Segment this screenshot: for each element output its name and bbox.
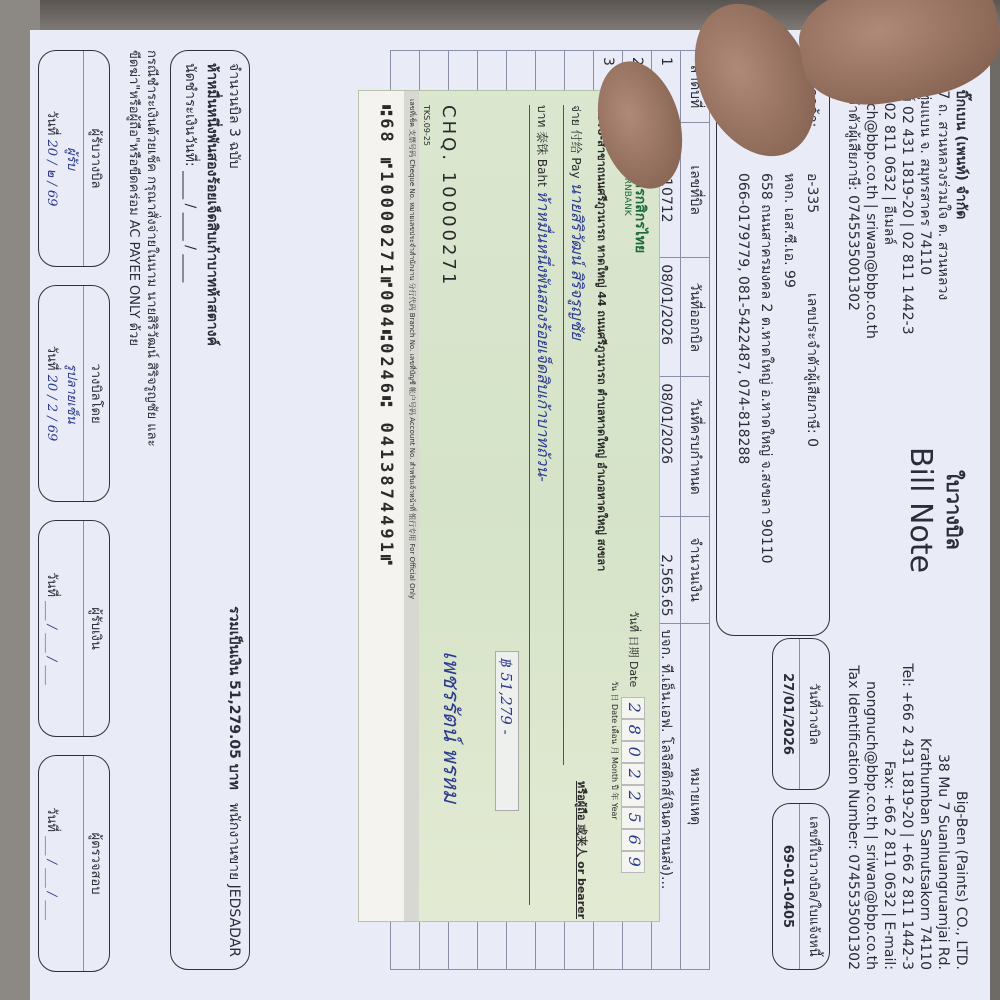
company-address1-th: 38 ม. 7 ถ. สวนหลวงร่วมใจ ต. สวนหลวง <box>934 50 952 470</box>
cheque-date-label: วันที่ 日期 Date <box>627 611 640 687</box>
cheque-signature: เพชรรัตน์ พรหม <box>434 651 469 803</box>
signature-date-prefix: วันที่ <box>44 572 59 597</box>
signature-label: วางบิลโดย <box>83 286 109 501</box>
company-address2-en: Krathumban Samutsakorn 74110 <box>916 500 934 970</box>
payment-note-line1: กรณีชำระเงินด้วยเช็ค กรุณาสั่งจ่ายในนาม … <box>142 50 160 447</box>
signature-mark: รูปลายเซ็น <box>63 286 83 501</box>
signature-box: วางบิลโดย รูปลายเซ็น วันที่ 20 / 2 / 69 <box>38 285 110 502</box>
customer-name: หจก. เอส.ซี.เอ. 99 <box>781 173 797 288</box>
cheque-micr-strip: เลขที่เช็ค 支票号码 Cheque No. หมายเลขประจำส… <box>359 91 419 921</box>
cheque-date-digit: 0 <box>621 741 645 763</box>
cheque-form-code: TKS.09-25 <box>422 105 431 146</box>
customer-tax: 0 <box>804 438 820 447</box>
table-header-row: ลำดับที่ เลขที่บิล วันที่ออกบิล วันที่คร… <box>681 51 710 970</box>
amount-words-handwritten: ห้าหมื่นหนึ่งพันสองร้อยเจ็ดสิบเก้าบาทถ้ว… <box>534 191 553 482</box>
payment-note: กรณีชำระเงินด้วยเช็ค กรุณาสั่งจ่ายในนาม … <box>124 50 160 447</box>
signature-label: ผู้ตรวจสอบ <box>83 756 109 971</box>
company-taxid-en: Tax Identification Number: 0745535001302 <box>844 500 862 970</box>
customer-tax-label: เลขประจำตัวผู้เสียภาษี: <box>804 293 820 434</box>
bill-number: 69-01-0405 <box>776 804 799 969</box>
cheque-date-sublabels: วัน 日 Date เดือน 月 Month ปี 年 Year <box>608 681 621 873</box>
amount-box: ฿ 51,279 - <box>495 651 519 811</box>
bill-date: 27/01/2026 <box>776 639 799 789</box>
cheque-date-digit: 2 <box>621 785 645 807</box>
signature-label: ผู้รับวางบิล <box>83 51 109 266</box>
cheque-date-digit: 5 <box>621 807 645 829</box>
bank-branch: 0246-สาขาถนนศรีภูวนารถ หาดใหญ่ 44 ถนนศรี… <box>593 105 611 571</box>
signature-date: 20 / ๒ / 69 <box>44 139 59 206</box>
baht-line: บาท 泰铢 Baht ห้าหมื่นหนึ่งพันสองร้อยเจ็ดส… <box>529 105 555 905</box>
signature-date-prefix: วันที่ <box>44 346 59 371</box>
bill-number-box: เลขที่ใบวางบิล/ใบแจ้งหนี้ 69-01-0405 <box>772 803 830 970</box>
company-header-th: บริษัท บิ๊กเบน (เพนท์) จำกัด 38 ม. 7 ถ. … <box>844 50 970 470</box>
company-name-en: Big-Ben (Paints) CO., LTD. <box>952 500 970 970</box>
company-email-en: nongnuch@bbp.co.th | sriwan@bbp.co.th <box>862 500 880 970</box>
bill-number-label: เลขที่ใบวางบิล/ใบแจ้งหนี้ <box>799 804 829 969</box>
total-amount: รวมเป็นเงิน 51,279.05 บาท <box>226 606 242 790</box>
cheque-date-digit: 9 <box>621 851 645 873</box>
signature-mark <box>63 521 83 736</box>
summary-box: จำนวนบิล 3 ฉบับรวมเป็นเงิน 51,279.05 บาท… <box>170 50 250 970</box>
bill-note-paper: บริษัท บิ๊กเบน (เพนท์) จำกัด 38 ม. 7 ถ. … <box>30 30 990 1000</box>
signature-box: ผู้รับเงิน วันที่ ___ / ___ / ___ <box>38 520 110 737</box>
bill-date-box: วันที่วางบิล 27/01/2026 <box>772 638 830 790</box>
company-address1-en: 38 Mu 7 Suanluangruamjai Rd. <box>934 500 952 970</box>
cheque-number: CHQ. 10000271 <box>438 105 459 287</box>
salesperson: พนักงานขาย JEDSADAR <box>226 803 242 957</box>
company-header-en: Big-Ben (Paints) CO., LTD. 38 Mu 7 Suanl… <box>844 500 970 970</box>
signature-date-prefix: วันที่ <box>44 807 59 832</box>
cheque-amount: ฿ 51,279 - <box>497 658 515 735</box>
cheque-date-digit: 2 <box>621 763 645 785</box>
company-fax-th: โทรสาร 02 811 0632 | อีเมลล์ <box>880 50 898 470</box>
cheque-micr-line: ⑆68 ⑈10000271⑈004⑆0246⑆ 0413874491⑈ <box>368 91 404 921</box>
signature-mark <box>63 756 83 971</box>
kasikorn-cheque: ✦ ธนาคารกสิกรไทย KASIKORNBANK 0246-สาขาถ… <box>358 90 660 922</box>
col-due-date: วันที่ครบกำหนด <box>681 377 710 516</box>
pay-line: จ่าย 付给 Pay นายสิริวัฒน์ สิริจรูญชัย <box>563 105 589 765</box>
amount-in-words: ห้าหมื่นหนึ่งพันสองร้อยเจ็ดสิบเก้าบาทห้า… <box>201 63 223 957</box>
bill-count: จำนวนบิล 3 ฉบับ <box>223 63 245 169</box>
col-remark: หมายเหตุ <box>681 623 710 969</box>
company-email-th: nongnuch@bbp.co.th | sriwan@bbp.co.th <box>862 50 880 470</box>
signature-label: ผู้รับเงิน <box>83 521 109 736</box>
signature-date: ___ / ___ / ___ <box>44 601 59 685</box>
baht-label: บาท 泰铢 Baht <box>535 105 549 187</box>
cheque-date-digit: 8 <box>621 719 645 741</box>
customer-address: 658 ถนนสาครมงคล 2 ต.หาดใหญ่ อ.หาดใหญ่ จ.… <box>758 173 774 564</box>
bill-note-document: บริษัท บิ๊กเบน (เพนท์) จำกัด 38 ม. 7 ถ. … <box>30 30 990 990</box>
signature-date: 20 / 2 / 69 <box>44 375 59 442</box>
signature-box: ผู้รับวางบิล ผู้รับ วันที่ 20 / ๒ / 69 <box>38 50 110 267</box>
cheque-date-digit: 2 <box>621 697 645 719</box>
signature-box: ผู้ตรวจสอบ วันที่ ___ / ___ / ___ <box>38 755 110 972</box>
company-tel-en: Tel: +66 2 431 1819-20 | +66 2 811 1442-… <box>898 500 916 970</box>
col-bill-no: เลขที่บิล <box>681 122 710 257</box>
company-taxid-th: เลขประจำตัวผู้เสียภาษี: 0745535001302 <box>844 50 862 470</box>
company-phone-th: โทรศัพท์ 02 431 1819-20 | 02 811 1442-3 <box>898 50 916 470</box>
signature-date: ___ / ___ / ___ <box>44 836 59 920</box>
customer-code: อ-335 <box>800 173 823 293</box>
payment-note-line2: ขีดฆ่า"หรือผู้ถือ"หรือขีดคร่อม AC PAYEE … <box>124 50 142 447</box>
pay-label: จ่าย 付给 Pay <box>569 105 583 179</box>
payee-name: นายสิริวัฒน์ สิริจรูญชัย <box>568 182 587 339</box>
cheque-date: วันที่ 日期 Date 28022569 วัน 日 Date เดือน… <box>608 611 645 873</box>
cheque-stub-labels: เลขที่เช็ค 支票号码 Cheque No. หมายเลขประจำส… <box>404 91 419 921</box>
signature-mark: ผู้รับ <box>63 51 83 266</box>
company-name-th: บริษัท บิ๊กเบน (เพนท์) จำกัด <box>952 50 970 470</box>
col-amount: จำนวนเงิน <box>681 516 710 623</box>
company-address2-th: อ. กระทุ่มแบน จ. สมุทรสาคร 74110 <box>916 50 934 470</box>
cheque-date-digit: 6 <box>621 829 645 851</box>
payment-date-label: นัดชำระเงินวันที่: <box>182 63 198 167</box>
bill-date-label: วันที่วางบิล <box>799 639 829 789</box>
col-issue-date: วันที่ออกบิล <box>681 258 710 377</box>
signature-date-prefix: วันที่ <box>44 111 59 136</box>
customer-phone: 066-0179779, 081-5422487, 074-818288 <box>735 173 751 464</box>
bearer-label: หรือผู้ถือ 或来人 or bearer <box>573 781 591 919</box>
company-fax-en: Fax: +66 2 811 0632 | E-mail: <box>880 500 898 970</box>
